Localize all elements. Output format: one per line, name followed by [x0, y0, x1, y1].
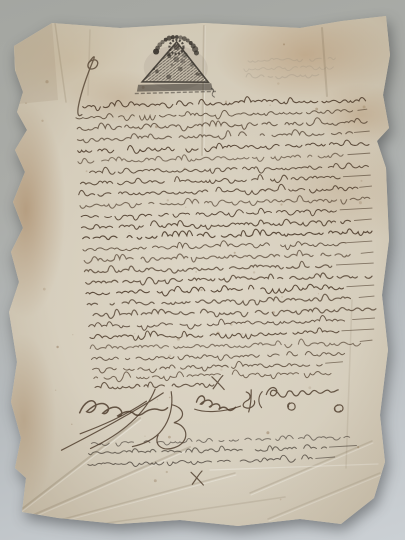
signature-right-paren: [259, 392, 263, 408]
x-mark-upper: [212, 375, 224, 389]
stain-speckle-layer: [25, 43, 365, 500]
handwriting-body-block: [76, 94, 378, 390]
signature-middle-paraph: [243, 390, 255, 412]
handwriting-postscript-block: [87, 434, 357, 468]
crease-layer: [18, 23, 381, 527]
manuscript-artwork: [0, 0, 405, 540]
signature-right-loops: [288, 402, 343, 413]
manuscript-paper: [0, 0, 405, 540]
signature-right-name: [266, 386, 338, 397]
ink-layer: [53, 50, 380, 488]
signature-group: [60, 385, 344, 452]
corner-fold-shading: [14, 23, 58, 104]
photo-background: [0, 0, 405, 540]
x-marks-group: [189, 375, 226, 485]
notary-stamp-icon: [135, 34, 218, 98]
paper-shadow-wrap: [0, 0, 405, 540]
signature-left-loop: [131, 391, 186, 449]
